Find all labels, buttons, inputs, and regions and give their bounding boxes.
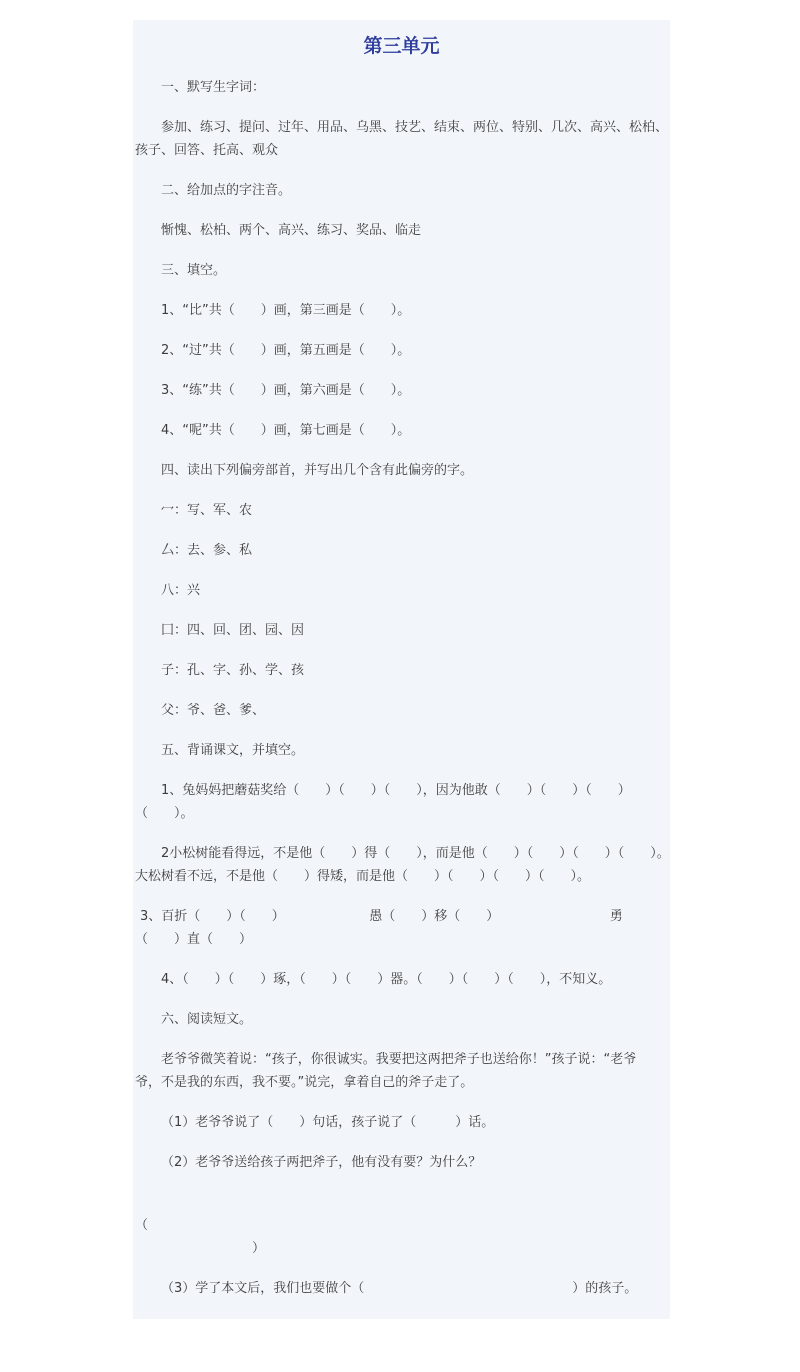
recite-item-3-line-2: （ ）直（ ）	[135, 928, 668, 951]
section-4-heading: 四、读出下列偏旁部首，并写出几个含有此偏旁的字。	[135, 459, 668, 482]
page-title: 第三单元	[135, 33, 668, 59]
section-2-heading: 二、给加点的字注音。	[135, 179, 668, 202]
radical-item-zi: 子：孔、字、孙、学、孩	[135, 659, 668, 682]
screenshot-canvas: 第三单元 一、默写生字词：参加、练习、提问、过年、用品、乌黑、技艺、结束、两位、…	[0, 0, 800, 1372]
worksheet-body: 一、默写生字词：参加、练习、提问、过年、用品、乌黑、技艺、结束、两位、特别、几次…	[135, 76, 668, 1300]
answer-close-paren: ）	[135, 1237, 668, 1260]
reading-question-2: （2）老爷爷送给孩子两把斧子，他有没有要？为什么？	[135, 1151, 668, 1174]
stroke-item-4: 4、“呢”共（ ）画，第七画是（ ）。	[135, 419, 668, 442]
recite-item-2-line-2: 大松树看不远，不是他（ ）得矮，而是他（ ）（ ）（ ）（ ）。	[135, 865, 668, 888]
reading-question-1: （1）老爷爷说了（ ）句话，孩子说了（ ）话。	[135, 1111, 668, 1134]
section-1-heading: 一、默写生字词：	[135, 76, 668, 99]
section-6-heading: 六、阅读短文。	[135, 1008, 668, 1031]
recite-item-3-line-1: 3、百折（ ）（ ） 愚（ ）移（ ） 勇	[135, 905, 668, 928]
stroke-item-3: 3、“练”共（ ）画，第六画是（ ）。	[135, 379, 668, 402]
pinyin-word-list: 惭愧、松柏、两个、高兴、练习、奖品、临走	[135, 219, 668, 242]
recite-item-1-line-2: （ ）。	[135, 802, 668, 825]
section-3-heading: 三、填空。	[135, 259, 668, 282]
reading-passage-line-1: 老爷爷微笑着说：“孩子，你很诚实。我要把这两把斧子也送给你！”孩子说：“老爷	[135, 1048, 668, 1071]
recite-item-4: 4、（ ）（ ）琢，（ ）（ ）器。（ ）（ ）（ ），不知义。	[135, 968, 668, 991]
radical-item-ba: 八：兴	[135, 579, 668, 602]
radical-item-si: 厶：去、参、私	[135, 539, 668, 562]
blank-paragraph	[135, 1191, 668, 1214]
radical-item-mi: 冖：写、军、农	[135, 499, 668, 522]
word-list-line-2: 孩子、回答、托高、观众	[135, 139, 668, 162]
radical-item-wei: 囗：四、回、团、园、因	[135, 619, 668, 642]
recite-item-1-line-1: 1、兔妈妈把蘑菇奖给（ ）（ ）（ ），因为他敢（ ）（ ）（ ）	[135, 779, 668, 802]
recite-item-2-line-1: 2小松树能看得远，不是他（ ）得（ ），而是他（ ）（ ）（ ）（ ）。	[135, 842, 668, 865]
answer-open-paren: （	[135, 1214, 668, 1237]
radical-item-fu: 父：爷、爸、爹、	[135, 699, 668, 722]
reading-question-3: （3）学了本文后，我们也要做个（ ）的孩子。	[135, 1277, 668, 1300]
reading-passage-line-2: 爷，不是我的东西，我不要。”说完，拿着自己的斧子走了。	[135, 1071, 668, 1094]
stroke-item-2: 2、“过”共（ ）画，第五画是（ ）。	[135, 339, 668, 362]
worksheet-page: 第三单元 一、默写生字词：参加、练习、提问、过年、用品、乌黑、技艺、结束、两位、…	[133, 20, 670, 1319]
section-5-heading: 五、背诵课文，并填空。	[135, 739, 668, 762]
stroke-item-1: 1、“比”共（ ）画，第三画是（ ）。	[135, 299, 668, 322]
word-list-line-1: 参加、练习、提问、过年、用品、乌黑、技艺、结束、两位、特别、几次、高兴、松柏、	[135, 116, 668, 139]
